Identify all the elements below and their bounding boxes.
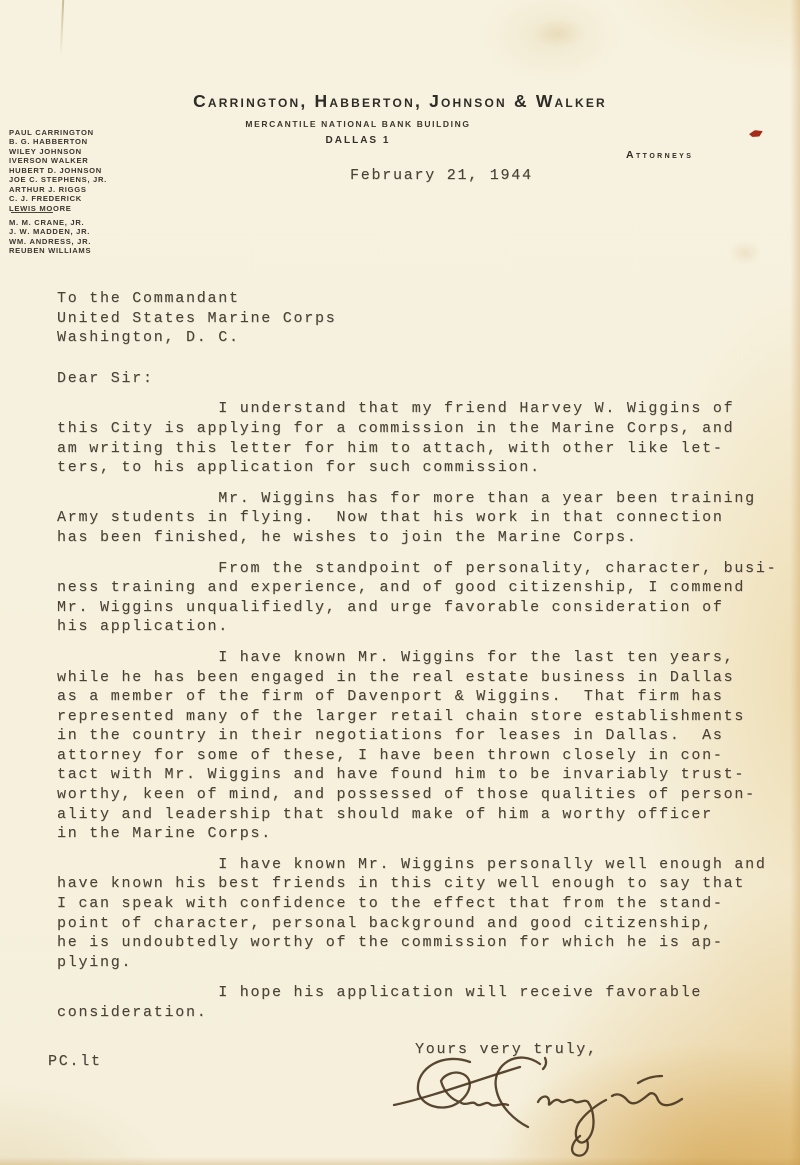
letterhead-divider bbox=[11, 212, 53, 213]
letter-paragraph: I hope his application will receive favo… bbox=[57, 983, 777, 1022]
typist-initials: PC.lt bbox=[48, 1052, 102, 1072]
letter-paragraph: I have known Mr. Wiggins personally well… bbox=[57, 855, 777, 973]
red-ink-mark bbox=[749, 129, 764, 138]
signature bbox=[388, 1050, 698, 1165]
associate-names: M. M. CRANE, JR. J. W. MADDEN, JR. WM. A… bbox=[9, 218, 91, 256]
paper-crease bbox=[60, 0, 64, 56]
date-line: February 21, 1944 bbox=[350, 166, 533, 186]
letter-paragraph: I understand that my friend Harvey W. Wi… bbox=[57, 399, 777, 477]
partner-names: PAUL CARRINGTON B. G. HABBERTON WILEY JO… bbox=[9, 128, 107, 213]
recipient-block: To the Commandant United States Marine C… bbox=[57, 289, 777, 348]
letter-paragraph: Mr. Wiggins has for more than a year bee… bbox=[57, 489, 777, 548]
firm-name: Carrington, Habberton, Johnson & Walker bbox=[0, 91, 800, 112]
paper-aged-edge bbox=[790, 0, 800, 1165]
salutation: Dear Sir: bbox=[57, 369, 777, 389]
letter-body: To the Commandant United States Marine C… bbox=[57, 289, 777, 1023]
city-line: DALLAS 1 bbox=[0, 135, 716, 146]
letter-paragraph: From the standpoint of personality, char… bbox=[57, 559, 777, 637]
letter-sheet: Carrington, Habberton, Johnson & Walker … bbox=[0, 0, 800, 1165]
letter-paragraph: I have known Mr. Wiggins for the last te… bbox=[57, 648, 777, 844]
attorneys-label: Attorneys bbox=[626, 149, 693, 161]
building-line: MERCANTILE NATIONAL BANK BUILDING bbox=[0, 119, 716, 129]
paper-stain bbox=[532, 18, 584, 48]
paper-stain bbox=[728, 240, 762, 266]
